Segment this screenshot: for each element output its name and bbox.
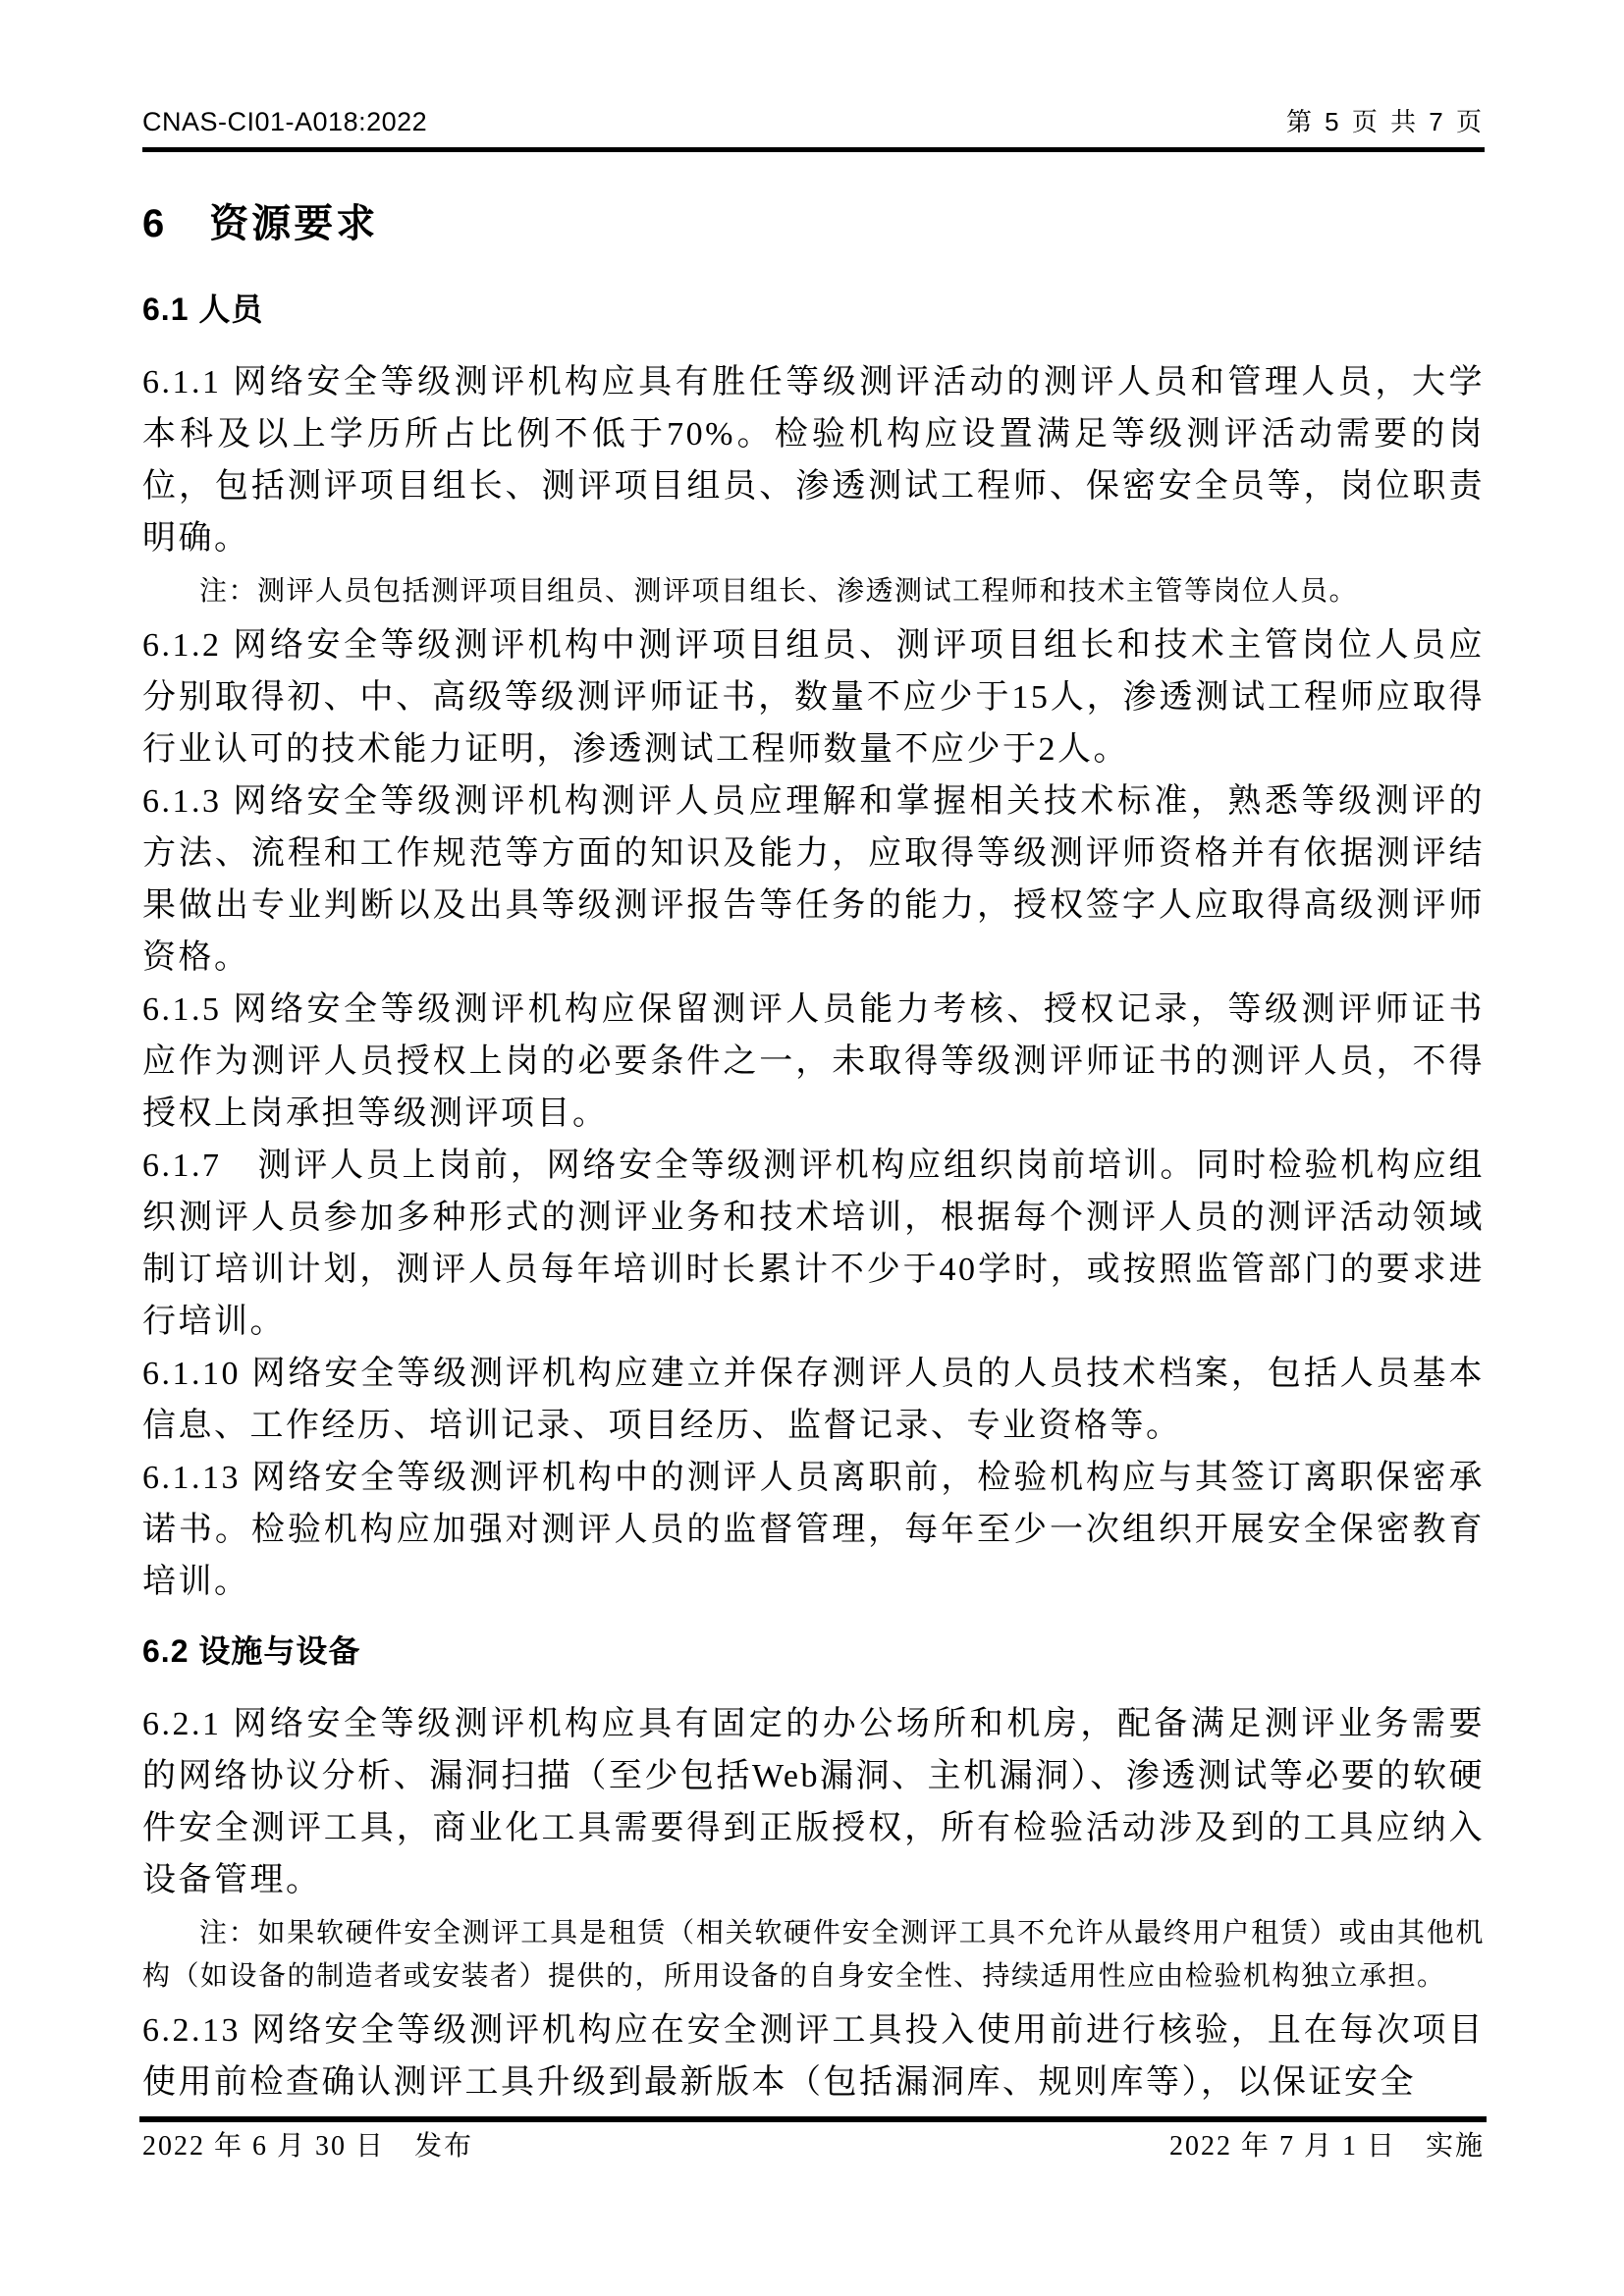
document-page: CNAS-CI01-A018:2022 第 5 页 共 7 页 6 资源要求 6… [0,0,1624,2296]
para-6-2-1: 6.2.1 网络安全等级测评机构应具有固定的办公场所和机房，配备满足测评业务需要… [142,1698,1485,1906]
page-header: CNAS-CI01-A018:2022 第 5 页 共 7 页 [142,104,1485,139]
para-6-1-13: 6.1.13 网络安全等级测评机构中的测评人员离职前，检验机构应与其签订离职保密… [142,1452,1485,1608]
subsection-title-6-2: 6.2 设施与设备 [142,1631,1485,1671]
issue-date: 2022 年 6 月 30 日 发布 [142,2128,473,2165]
note-6-2-1: 注：如果软硬件安全测评工具是租赁（相关软硬件安全测评工具不允许从最终用户租赁）或… [142,1912,1485,1999]
para-6-1-7: 6.1.7 测评人员上岗前，网络安全等级测评机构应组织岗前培训。同时检验机构应组… [142,1140,1485,1348]
document-code: CNAS-CI01-A018:2022 [142,104,427,139]
document-body: 6 资源要求 6.1 人员 6.1.1 网络安全等级测评机构应具有胜任等级测评活… [142,199,1485,2109]
header-rule [142,147,1485,152]
para-6-1-10: 6.1.10 网络安全等级测评机构应建立并保存测评人员的人员技术档案，包括人员基… [142,1348,1485,1452]
implementation-date: 2022 年 7 月 1 日 实施 [1169,2128,1485,2165]
section-title: 6 资源要求 [142,199,1485,248]
subsection-title-6-1: 6.1 人员 [142,290,1485,329]
page-number: 第 5 页 共 7 页 [1286,104,1485,139]
page-footer: 2022 年 6 月 30 日 发布 2022 年 7 月 1 日 实施 [142,2128,1485,2165]
para-6-1-1: 6.1.1 网络安全等级测评机构应具有胜任等级测评活动的测评人员和管理人员，大学… [142,356,1485,564]
para-6-1-2: 6.1.2 网络安全等级测评机构中测评项目组员、测评项目组长和技术主管岗位人员应… [142,619,1485,775]
note-6-1-1: 注：测评人员包括测评项目组员、测评项目组长、渗透测试工程师和技术主管等岗位人员。 [142,570,1485,614]
para-6-2-13: 6.2.13 网络安全等级测评机构应在安全测评工具投入使用前进行核验，且在每次项… [142,2004,1485,2109]
para-6-1-3: 6.1.3 网络安全等级测评机构测评人员应理解和掌握相关技术标准，熟悉等级测评的… [142,775,1485,984]
footer-rule [139,2116,1487,2122]
para-6-1-5: 6.1.5 网络安全等级测评机构应保留测评人员能力考核、授权记录，等级测评师证书… [142,984,1485,1140]
